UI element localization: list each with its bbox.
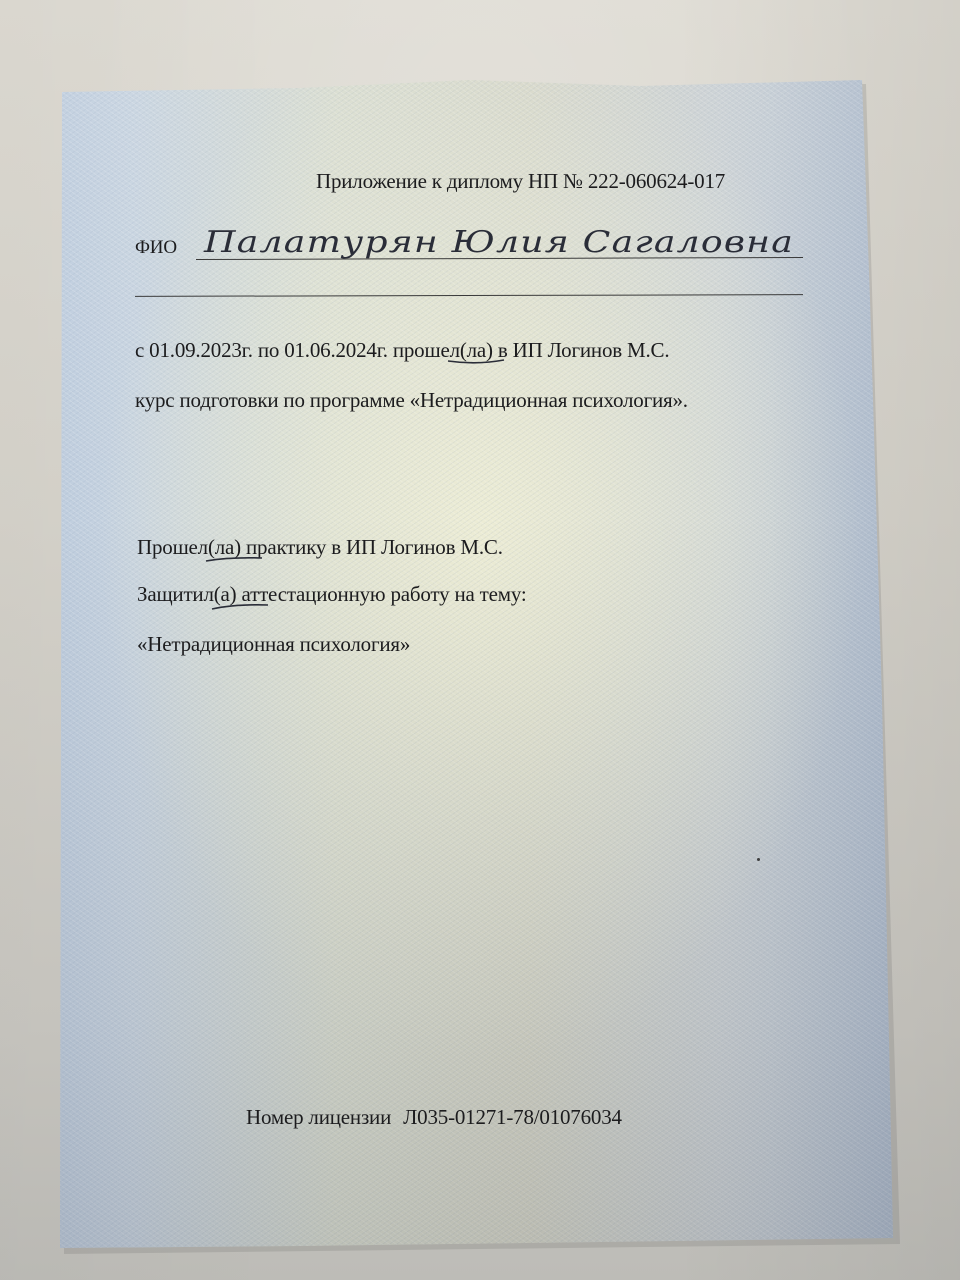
course-program-line: курс подготовки по программе «Нетрадицио…	[135, 388, 688, 413]
license-label: Номер лицензии	[246, 1105, 391, 1129]
study-period-line: с 01.09.2023г. по 01.06.2024г. прошел(ла…	[135, 338, 669, 363]
defense-gender-choice: (а)	[214, 582, 237, 606]
defense-line: Защитил(а) аттестационную работу на тему…	[137, 582, 527, 607]
license-value: Л035-01271-78/01076034	[403, 1105, 622, 1129]
study-period-prefix: с 01.09.2023г. по 01.06.2024г. проше	[135, 338, 450, 362]
pen-underline-mark	[204, 555, 264, 563]
license-number-line: Номер лицензииЛ035-01271-78/01076034	[246, 1105, 622, 1130]
defense-suffix: аттестационную работу на тему:	[236, 582, 526, 606]
study-period-suffix: в ИП Логинов М.С.	[493, 338, 670, 362]
fio-second-underline	[135, 294, 803, 297]
pen-underline-mark	[210, 602, 270, 610]
paper-speck	[757, 858, 760, 861]
practice-prefix: Прошел	[137, 535, 208, 559]
pen-underline-mark	[446, 358, 506, 366]
document-content: Приложение к диплому НП № 222-060624-017…	[0, 0, 960, 1280]
practice-gender-choice: (ла)	[208, 535, 241, 559]
handwritten-name: Палатурян Юлия Сагаловна	[200, 212, 800, 272]
practice-suffix: практику в ИП Логинов М.С.	[241, 535, 503, 559]
fio-label: ФИО	[135, 237, 177, 259]
practice-line: Прошел(ла) практику в ИП Логинов М.С.	[137, 535, 503, 560]
defense-prefix: Защитил	[137, 582, 214, 606]
handwritten-name-text: Палатурян Юлия Сагаловна	[203, 225, 794, 260]
thesis-topic: «Нетрадиционная психология»	[137, 632, 410, 657]
diploma-appendix-header: Приложение к диплому НП № 222-060624-017	[316, 169, 725, 194]
study-period-gender-choice: л(ла)	[450, 338, 493, 362]
